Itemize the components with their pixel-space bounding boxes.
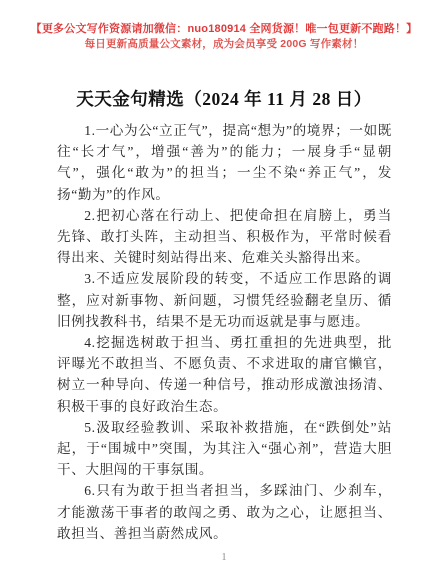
document-body: 1.一心为公“立正气”，提高“想为”的境界；一如既往“长才气”，增强“善为”的能… <box>57 120 392 544</box>
paragraph: 3.不适应发展阶段的转变，不适应工作思路的调整，应对新事物、新问题，习惯凭经验翻… <box>57 268 392 332</box>
paragraph: 1.一心为公“立正气”，提高“想为”的境界；一如既往“长才气”，增强“善为”的能… <box>57 120 392 205</box>
document-page: 【更多公文写作资源请加微信：nuo180914 全网货源！唯一包更新不跑路！】 … <box>0 0 448 580</box>
promo-header: 【更多公文写作资源请加微信：nuo180914 全网货源！唯一包更新不跑路！】 … <box>0 0 448 51</box>
paragraph: 4.挖掘选树敢于担当、勇扛重担的先进典型，批评曝光不敢担当、不愿负责、不求进取的… <box>57 332 392 417</box>
promo-header-line-2: 每日更新高质量公文素材，成为会员享受 200G 写作素材！ <box>0 37 448 51</box>
page-number: 1 <box>0 552 448 563</box>
paragraph: 6.只有为敢于担当者担当，多踩油门、少刹车，才能激荡干事者的敢闯之勇、敢为之心，… <box>57 480 392 544</box>
paragraph: 2.把初心落在行动上、把使命担在肩膀上，勇当先锋、敢打头阵，主动担当、积极作为，… <box>57 205 392 269</box>
document-title: 天天金句精选（2024 年 11 月 28 日） <box>40 87 408 111</box>
paragraph: 5.汲取经验教训、采取补救措施，在“跌倒处”站起，于“围城中”突围，为其注入“强… <box>57 417 392 481</box>
promo-header-line-1: 【更多公文写作资源请加微信：nuo180914 全网货源！唯一包更新不跑路！】 <box>0 21 448 37</box>
